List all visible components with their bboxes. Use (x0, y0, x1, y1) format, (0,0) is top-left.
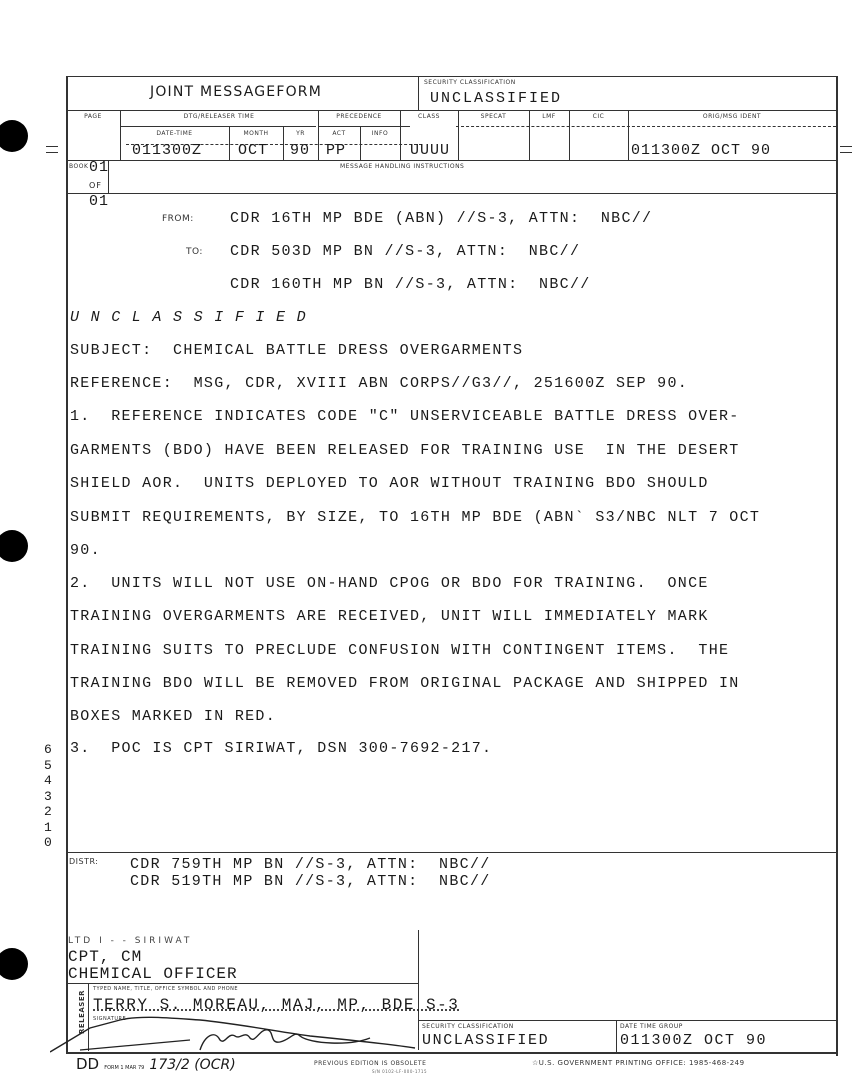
yr-label: YR (283, 130, 318, 137)
message-line: SHIELD AOR. UNITS DEPLOYED TO AOR WITHOU… (70, 475, 709, 492)
from-label: FROM: (162, 214, 194, 224)
drafter-rank: CPT, CM (68, 948, 142, 966)
page-total: 01 (89, 193, 109, 210)
message-line: 3. POC IS CPT SIRIWAT, DSN 300-7692-217. (70, 740, 492, 757)
previous-edition-note: PREVIOUS EDITION IS OBSOLETE (314, 1060, 426, 1067)
footer-security-value: UNCLASSIFIED (422, 1032, 549, 1049)
punch-hole-middle (0, 530, 28, 562)
message-line: BOXES MARKED IN RED. (70, 708, 276, 725)
act-value: PP (326, 142, 346, 159)
from-address: CDR 16TH MP BDE (ABN) //S-3, ATTN: NBC// (230, 210, 652, 227)
distribution-label: DISTR: (69, 857, 99, 866)
security-classification-label: SECURITY CLASSIFICATION (424, 79, 516, 86)
class-value: UUUU (410, 142, 450, 159)
message-line: TRAINING OVERGARMENTS ARE RECEIVED, UNIT… (70, 608, 709, 625)
page-current: 01 (89, 159, 109, 176)
form-title: JOINT MESSAGEFORM (150, 84, 322, 100)
orig-msg-ident-label: ORIG/MSG IDENT (628, 113, 836, 120)
footer-dtg-label: DATE TIME GROUP (620, 1023, 683, 1030)
punch-hole-bottom (0, 948, 28, 980)
drafter-title: CHEMICAL OFFICER (68, 965, 238, 983)
cic-label: CIC (569, 113, 628, 120)
month-label: MONTH (229, 130, 283, 137)
message-line: TRAINING SUITS TO PRECLUDE CONFUSION WIT… (70, 642, 729, 659)
security-classification-value: UNCLASSIFIED (430, 90, 562, 107)
page-of: OF (89, 181, 102, 190)
message-line: 90. (70, 542, 101, 559)
printer-note: ☆U.S. GOVERNMENT PRINTING OFFICE: 1985-4… (532, 1059, 745, 1067)
stock-number: S/N 0102-LF-000-1715 (372, 1069, 427, 1074)
orig-msg-ident-value: 011300Z OCT 90 (631, 142, 771, 159)
footer-dtg-value: 011300Z OCT 90 (620, 1032, 767, 1049)
message-line: SUBMIT REQUIREMENTS, BY SIZE, TO 16TH MP… (70, 509, 760, 526)
line-counter: 6 5 4 3 2 1 0 (44, 742, 52, 851)
distribution-line-1: CDR 759TH MP BN //S-3, ATTN: NBC// (130, 856, 491, 873)
form-id: DD FORM 1 MAR 79 173/2 (OCR) (76, 1054, 236, 1073)
page-number: 01 OF 01 (69, 142, 109, 210)
to-label: TO: (186, 247, 203, 257)
reference-line: REFERENCE: MSG, CDR, XVIII ABN CORPS//G3… (70, 375, 688, 392)
month-value: OCT (238, 142, 268, 159)
footer-security-label: SECURITY CLASSIFICATION (422, 1023, 514, 1030)
subject-line: SUBJECT: CHEMICAL BATTLE DRESS OVERGARME… (70, 342, 523, 359)
yr-value: 90 (290, 142, 310, 159)
signature-icon (50, 1010, 420, 1055)
distribution-line-2: CDR 519TH MP BN //S-3, ATTN: NBC// (130, 873, 491, 890)
typed-name-label: TYPED NAME, TITLE, OFFICE SYMBOL AND PHO… (93, 986, 238, 992)
drafter-name: LTD I - - SIRIWAT (68, 936, 192, 946)
info-label: INFO (360, 130, 400, 137)
precedence-label: PRECEDENCE (318, 113, 400, 120)
message-line: GARMENTS (BDO) HAVE BEEN RELEASED FOR TR… (70, 442, 740, 459)
specat-label: SPECAT (458, 113, 529, 120)
classification-line: U N C L A S S I F I E D (70, 309, 307, 326)
message-line: TRAINING BDO WILL BE REMOVED FROM ORIGIN… (70, 675, 740, 692)
page-label: PAGE (66, 113, 120, 120)
class-label: CLASS (400, 113, 458, 120)
to-address-2: CDR 160TH MP BN //S-3, ATTN: NBC// (230, 276, 591, 293)
punch-hole-top (0, 120, 28, 152)
to-address-1: CDR 503D MP BN //S-3, ATTN: NBC// (230, 243, 580, 260)
lmf-label: LMF (529, 113, 569, 120)
message-line: 2. UNITS WILL NOT USE ON-HAND CPOG OR BD… (70, 575, 709, 592)
message-line: 1. REFERENCE INDICATES CODE "C" UNSERVIC… (70, 408, 740, 425)
date-time-label: DATE-TIME (120, 130, 229, 137)
dtg-label: DTG/RELEASER TIME (120, 113, 318, 120)
handling-label: MESSAGE HANDLING INSTRUCTIONS (340, 163, 464, 170)
act-label: ACT (318, 130, 360, 137)
date-time-value: 011300Z (132, 142, 202, 159)
